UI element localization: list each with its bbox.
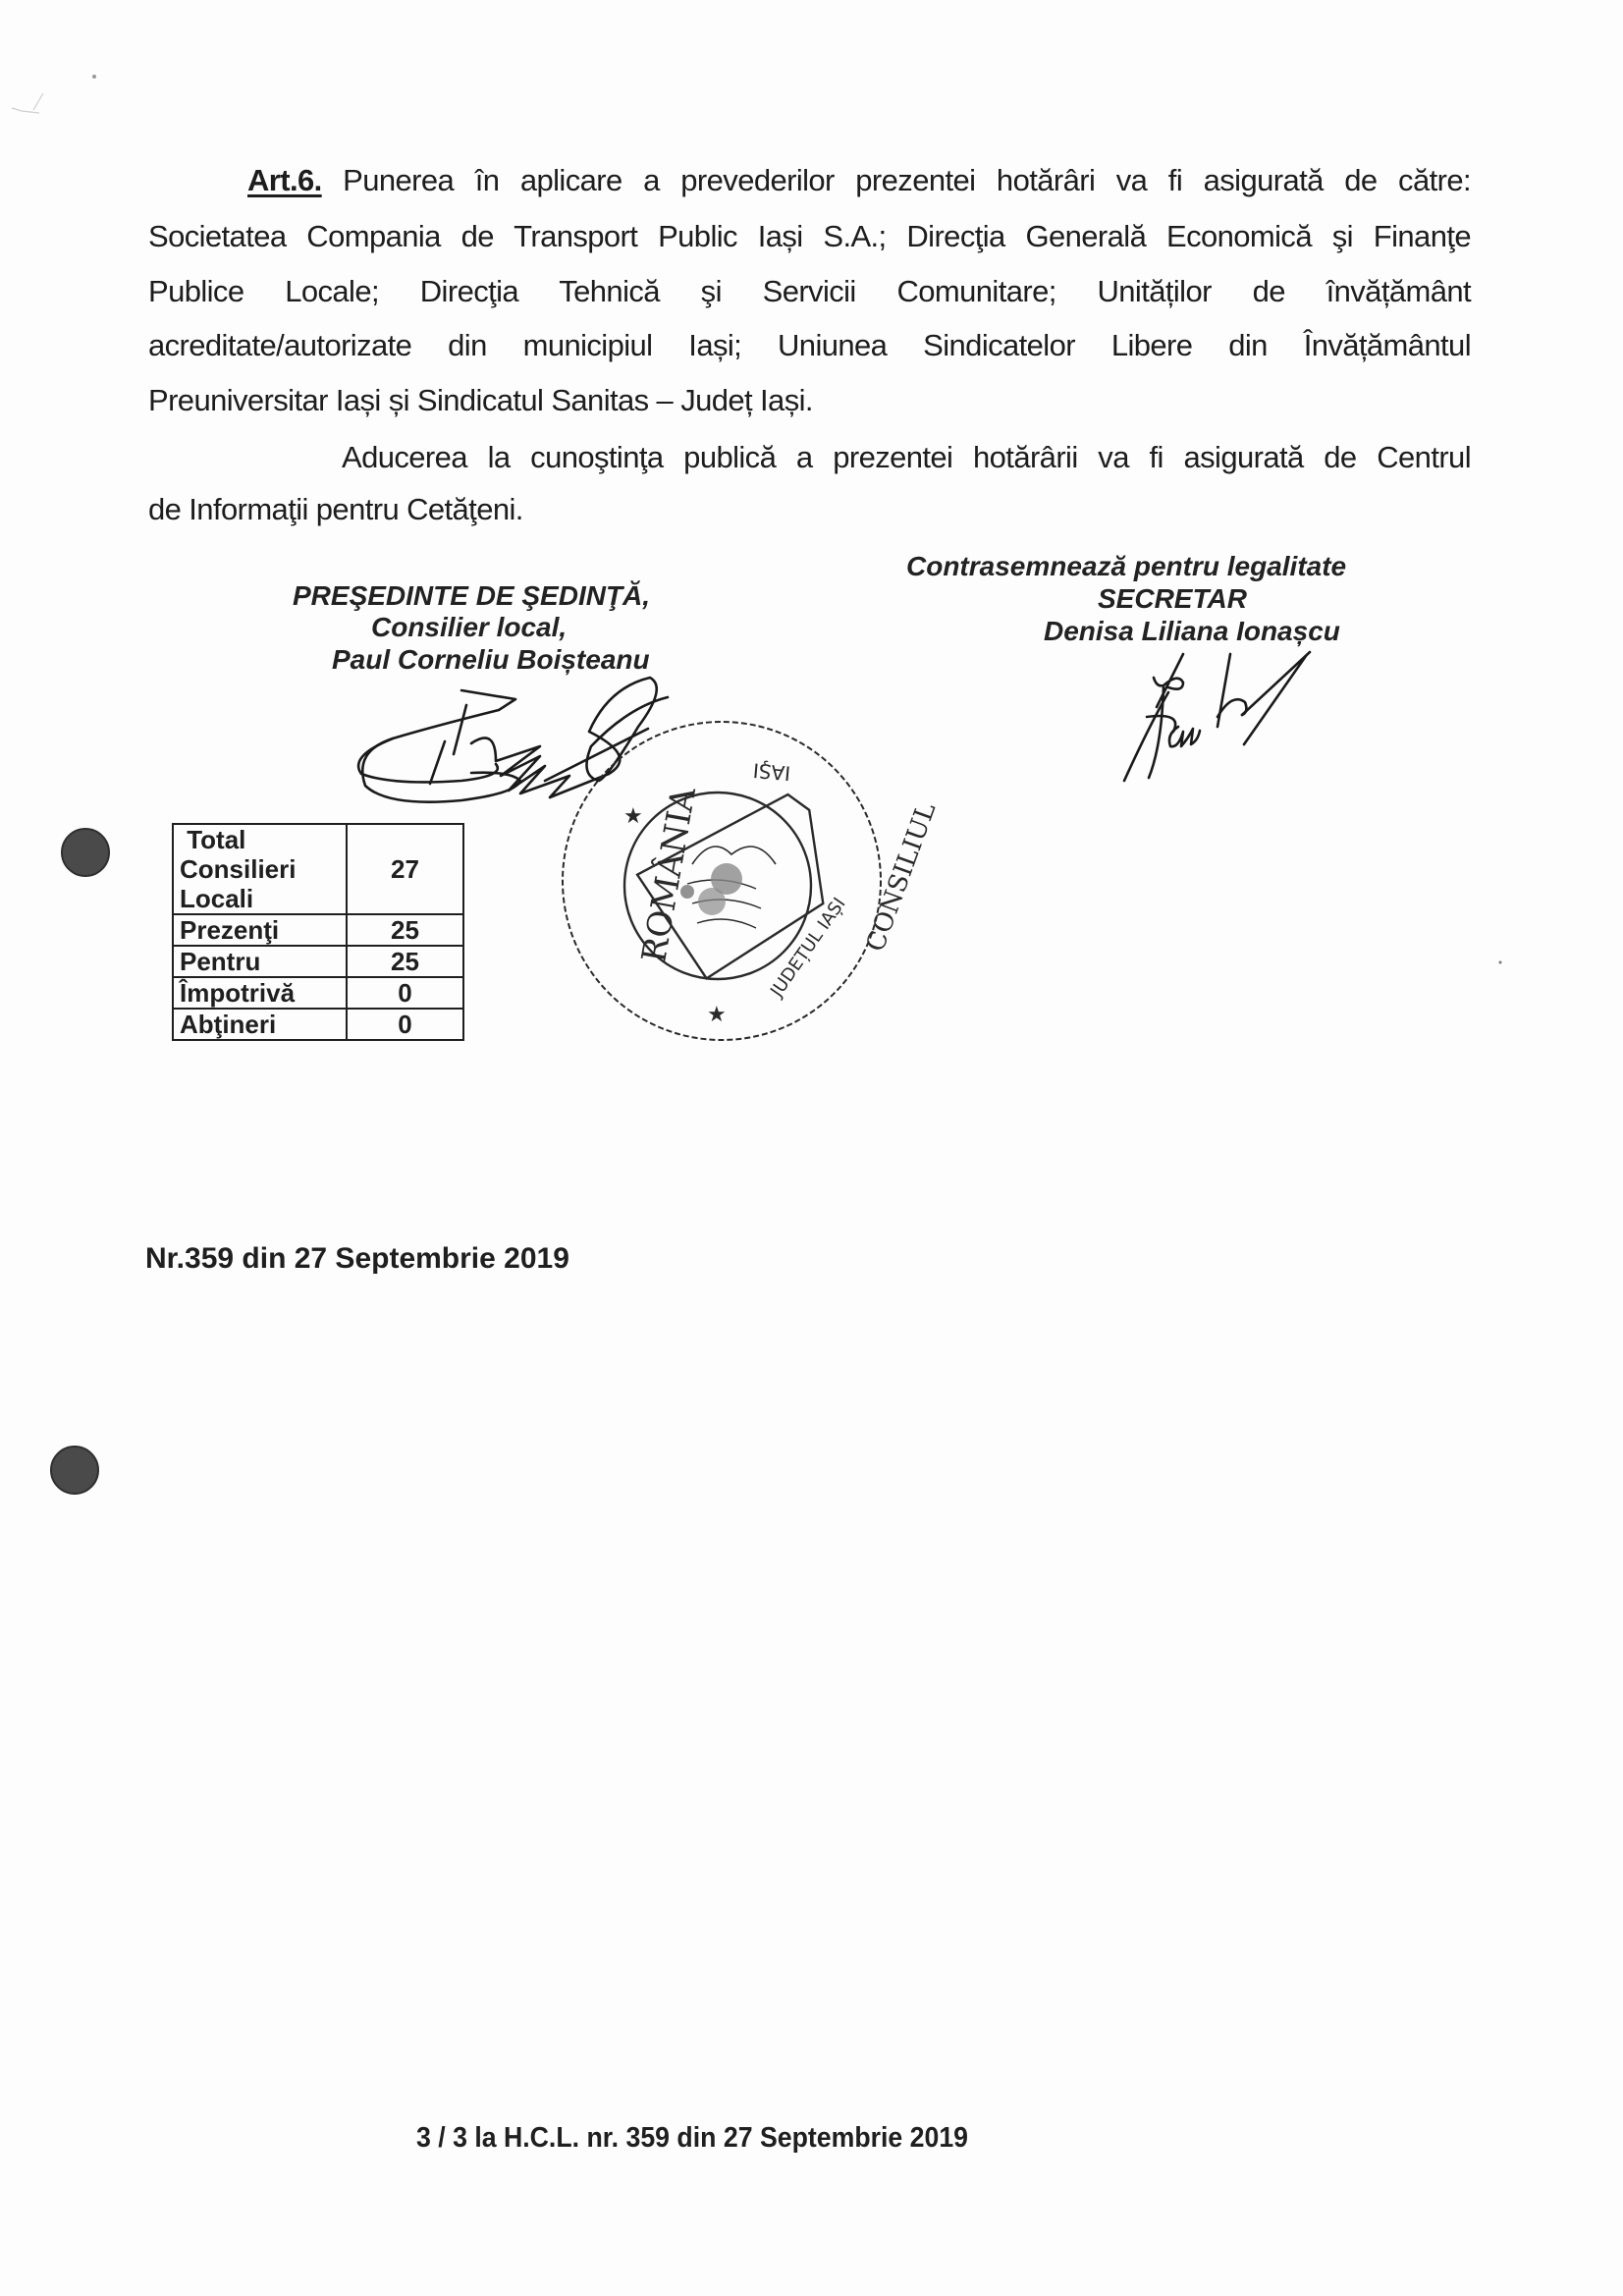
- svg-text:★: ★: [623, 804, 643, 829]
- punch-hole-top: [61, 828, 110, 877]
- punch-hole-bottom: [50, 1446, 99, 1495]
- official-stamp-icon: ROMÂNIA ★ ★ IAŞI JUDEȚUL IAȘI CONSILIUL: [563, 722, 942, 1040]
- left-signature-icon: [358, 678, 668, 802]
- svg-text:IAŞI: IAŞI: [752, 758, 791, 785]
- svg-text:ROMÂNIA: ROMÂNIA: [633, 784, 704, 965]
- document-page: Art.6. Punerea în aplicare a prevederilo…: [0, 0, 1623, 2296]
- signatures-and-stamp: ROMÂNIA ★ ★ IAŞI JUDEȚUL IAȘI CONSILIUL: [0, 0, 1623, 2296]
- svg-text:CONSILIUL: CONSILIUL: [861, 799, 942, 956]
- svg-text:★: ★: [707, 1003, 727, 1027]
- right-signature-icon: [1124, 652, 1310, 781]
- decision-reference: Nr.359 din 27 Septembrie 2019: [145, 1242, 569, 1276]
- page-footer: 3 / 3 la H.C.L. nr. 359 din 27 Septembri…: [416, 2122, 968, 2155]
